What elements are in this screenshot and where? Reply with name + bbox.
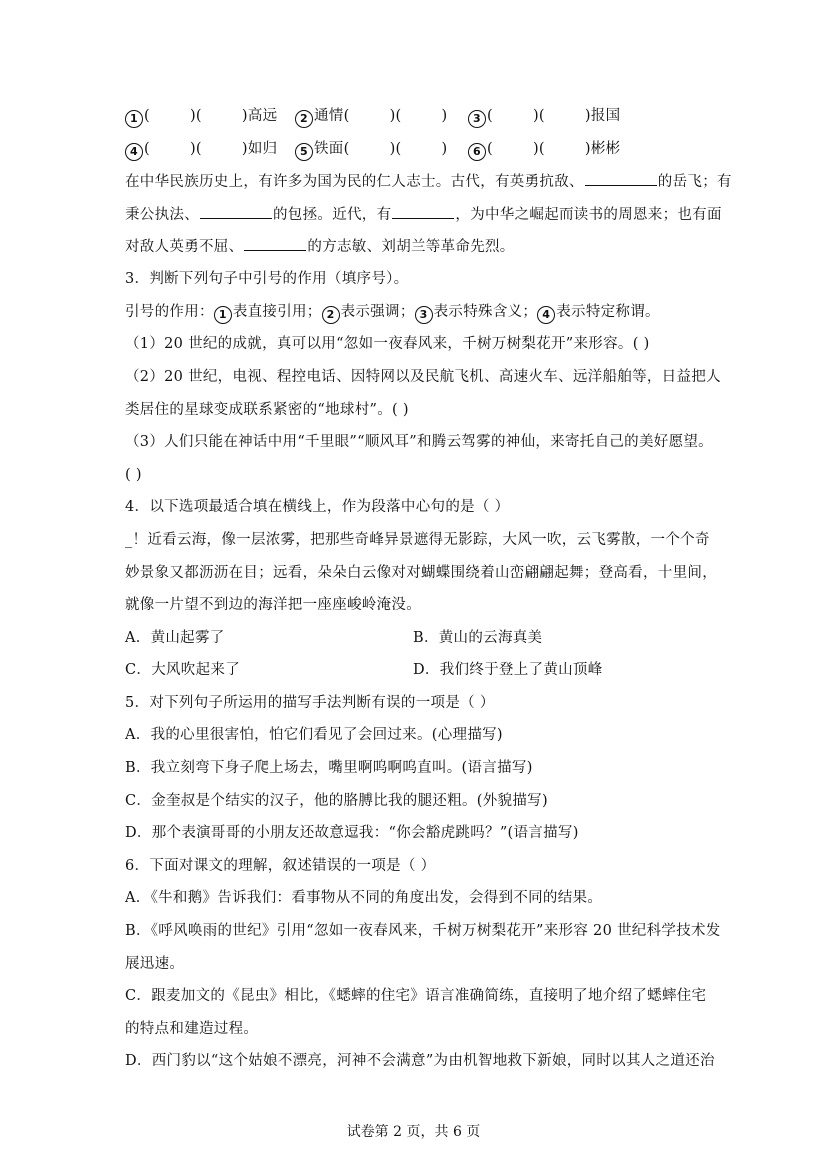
circled-number: 4 xyxy=(537,306,555,324)
option-a[interactable]: A．黄山起雾了 xyxy=(125,630,225,646)
fill-blank-3[interactable] xyxy=(392,204,454,219)
question-4-options-row-1: A．黄山起雾了B．黄山的云海真美 xyxy=(125,628,725,648)
option-d[interactable]: D．我们终于登上了黄山顶峰 xyxy=(413,660,603,680)
idiom-item-4: 4()()如归 xyxy=(125,139,295,161)
question-6-option-c-cont: 的特点和建造过程。 xyxy=(125,1019,258,1039)
circled-number: 5 xyxy=(295,143,313,161)
circled-number: 3 xyxy=(415,306,433,324)
idiom-item-6: 6()()彬彬 xyxy=(468,139,620,161)
fill-blank-4[interactable] xyxy=(244,236,306,251)
idiom-item-1: 1()()高远 xyxy=(125,106,295,128)
question-3-sentence-3b: ( ) xyxy=(125,465,142,485)
question-5-option-b[interactable]: B．我立刻弯下身子爬上场去，嘴里啊呜啊呜直叫。(语言描写) xyxy=(125,758,533,778)
question-3-sentence-2b: 类居住的星球变成联系紧密的“地球村”。( ) xyxy=(125,400,409,420)
paragraph-line-2: 秉公执法、的包拯。近代，有，为中华之崛起而读书的周恩来；也有面 xyxy=(125,204,722,225)
option-b[interactable]: B．黄山的云海真美 xyxy=(413,628,542,648)
question-3-title: 3．判断下列句子中引号的作用（填序号）。 xyxy=(125,269,408,289)
circled-number: 1 xyxy=(214,306,232,324)
question-3-sentence-2a: （2）20 世纪，电视、程控电话、因特网以及民航飞机、高速火车、远洋船舶等，日益… xyxy=(125,367,721,387)
quote-usage-legend: 引号的作用：1表直接引用；2表示强调；3表示特殊含义；4表示特定称谓。 xyxy=(125,302,660,324)
fill-blank-2[interactable] xyxy=(200,204,272,219)
paragraph-line-1: 在中华民族历史上，有许多为国为民的仁人志士。古代，有英勇抗敌、的岳飞；有 xyxy=(125,171,732,192)
circled-number: 2 xyxy=(322,306,340,324)
circled-number: 4 xyxy=(125,143,143,161)
question-4-options-row-2: C．大风吹起来了D．我们终于登上了黄山顶峰 xyxy=(125,660,725,680)
paragraph-line-3: 对敌人英勇不屈、的方志敏、刘胡兰等革命先烈。 xyxy=(125,236,515,257)
circled-number: 6 xyxy=(468,143,486,161)
question-3-sentence-1: （1）20 世纪的成就，真可以用“忽如一夜春风来，千树万树梨花开”来形容。( ) xyxy=(125,334,650,354)
question-6-option-c[interactable]: C．跟麦加文的《昆虫》相比，《蟋蟀的住宅》语言准确简练，直接明了地介绍了蟋蟀住宅 xyxy=(125,986,706,1006)
question-6-title: 6．下面对课文的理解，叙述错误的一项是（ ） xyxy=(125,856,435,876)
idiom-row-2: 4()()如归5铁面()()6()()彬彬 xyxy=(125,139,620,161)
question-4-passage-1: _！近看云海，像一层浓雾，把那些奇峰异景遮得无影踪，大风一吹，云飞雾散，一个个奇 xyxy=(125,530,710,550)
circled-number: 2 xyxy=(295,110,313,128)
idiom-item-2: 2通情()() xyxy=(295,106,468,128)
idiom-row-1: 1()()高远2通情()()3()()报国 xyxy=(125,106,620,128)
question-4-passage-3: 就像一片望不到边的海洋把一座座峻岭淹没。 xyxy=(125,595,421,615)
question-6-option-d[interactable]: D．西门豹以“这个姑娘不漂亮，河神不会满意”为由机智地救下新娘，同时以其人之道还… xyxy=(125,1051,715,1071)
question-6-option-b-cont: 展迅速。 xyxy=(125,954,184,974)
page-footer: 试卷第 2 页，共 6 页 xyxy=(0,1121,827,1141)
circled-number: 1 xyxy=(125,110,143,128)
option-c[interactable]: C．大风吹起来了 xyxy=(125,662,240,678)
idiom-item-3: 3()()报国 xyxy=(468,106,620,128)
question-4-passage-2: 妙景象又都沥沥在目；远看，朵朵白云像对对蝴蝶围绕着山峦翩翩起舞；登高看，十里间， xyxy=(125,563,717,583)
fill-blank-1[interactable] xyxy=(585,171,657,186)
question-5-option-d[interactable]: D．那个表演哥哥的小朋友还故意逗我：“你会豁虎跳吗？”(语言描写) xyxy=(125,823,579,843)
question-5-option-a[interactable]: A．我的心里很害怕，怕它们看见了会回过来。(心理描写) xyxy=(125,725,503,745)
circled-number: 3 xyxy=(468,110,486,128)
question-6-option-b[interactable]: B．《呼风唤雨的世纪》引用“忽如一夜春风来，千树万树梨花开”来形容 20 世纪科… xyxy=(125,921,721,941)
question-4-title: 4．以下选项最适合填在横线上，作为段落中心句的是（ ） xyxy=(125,497,509,517)
question-6-option-a[interactable]: A．《牛和鹅》告诉我们：看事物从不同的角度出发，会得到不同的结果。 xyxy=(125,888,602,908)
question-5-title: 5．对下列句子所运用的描写手法判断有误的一项是（ ） xyxy=(125,693,495,713)
question-3-sentence-3a: （3）人们只能在神话中用“千里眼”“顺风耳”和腾云驾雾的神仙，来寄托自己的美好愿… xyxy=(125,432,713,452)
question-5-option-c[interactable]: C．金奎叔是个结实的汉子，他的胳膊比我的腿还粗。(外貌描写) xyxy=(125,791,548,811)
idiom-item-5: 5铁面()() xyxy=(295,139,468,161)
